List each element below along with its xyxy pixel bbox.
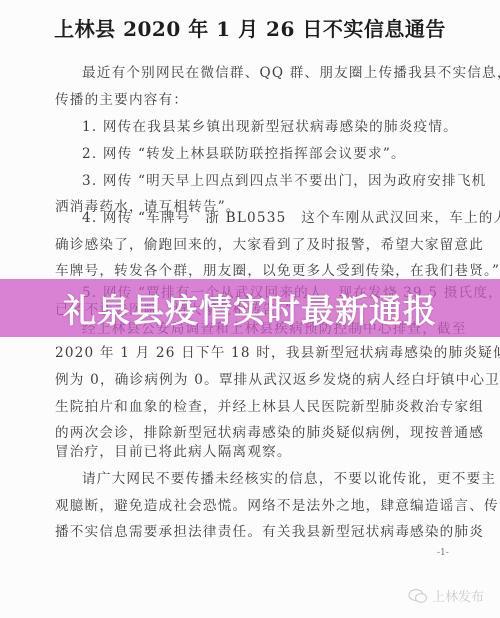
body-line: 4. 网传 “车牌号 浙 BL0535 这个车刚从武汉回来，车上的人 <box>82 209 450 227</box>
body-line: 2020 年 1 月 26 日下午 18 时，我县新型冠状病毒感染的肺炎疑似病 <box>55 344 450 362</box>
body-line: 播不实信息需要承担法律责任。有关我县新型冠状病毒感染的肺炎 <box>55 523 450 541</box>
wechat-icon <box>408 589 428 603</box>
watermark-text: 上林发布 <box>432 586 484 605</box>
body-line: 1. 网传在我县某乡镇出现新型冠状病毒感染的肺炎疫情。 <box>82 118 450 136</box>
body-line: 例为 0，确诊病例为 0。覃排从武汉返乡发烧的病人经白圩镇中心卫 <box>55 371 450 389</box>
body-line: 观臆断，避免造成社会恐慌。网络不是法外之地，肆意编造谣言、传 <box>55 497 450 515</box>
document-title: 上林县 2020 年 1 月 26 日不实信息通告 <box>0 13 500 42</box>
body-line: 最近有个别网民在微信群、QQ 群、朋友圈上传播我县不实信息， <box>82 64 450 82</box>
body-line: 传播的主要内容有： <box>55 91 450 109</box>
body-line: 确诊感染了，偷跑回来的，大家看到了及时报警，希望大家留意此 <box>55 236 450 254</box>
body-line: 2. 网传 “转发上林县联防联控指挥部会议要求”。 <box>82 145 450 163</box>
body-line: 3. 网传 “明天早上四点到四点半不要出门，因为政府安排飞机 <box>82 172 450 190</box>
body-line: 冒治疗，目前已将此病人隔离观察。 <box>55 443 450 461</box>
body-line: 的两次会诊，排除新型冠状病毒感染的肺炎疑似病例，现按普通感 <box>55 424 450 442</box>
body-line: 请广大网民不要传播未经核实的信息，不要以讹传讹，更不要主 <box>82 470 450 488</box>
source-watermark: 上林发布 <box>408 586 484 605</box>
body-line: 车牌号，转发各个群，朋友圈，以免更多人受到传染，在我们巷贤。” <box>55 262 450 280</box>
body-line: 生院拍片和血象的检查，并经上林县人民医院新型肺炎救治专家组 <box>55 398 450 416</box>
page-number: -1- <box>437 548 449 558</box>
headline-text: 礼泉县疫情实时最新通报 <box>0 279 500 337</box>
